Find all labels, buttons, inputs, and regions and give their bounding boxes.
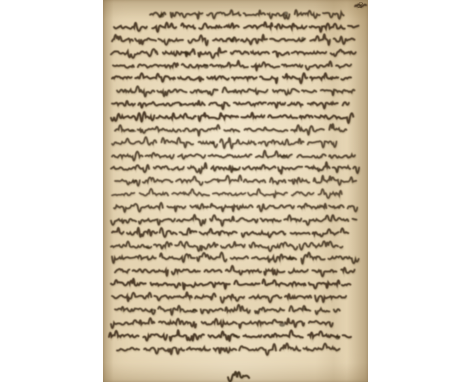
manuscript-page: 2 [103,0,368,382]
photo-canvas: 2 [0,0,468,382]
handwriting-ink-layer [103,0,368,382]
